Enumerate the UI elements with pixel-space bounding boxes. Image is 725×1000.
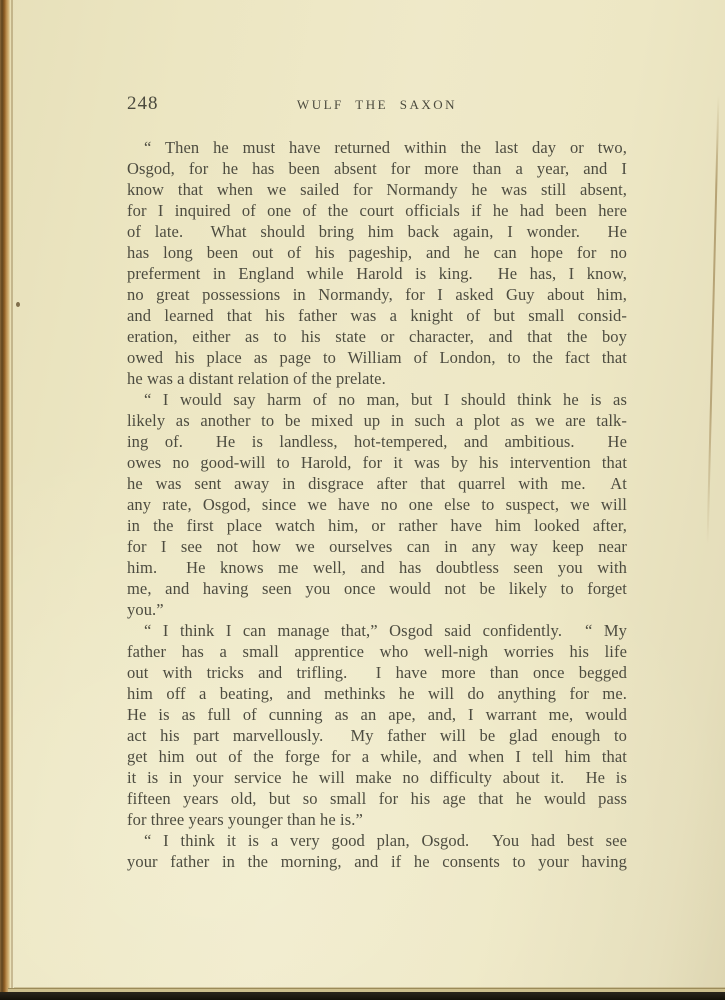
text-line: he was sent away in disgrace after that … <box>127 473 627 494</box>
running-head: 248 WULF THE SAXON <box>127 93 627 115</box>
text-line: owed his place as page to William of Lon… <box>127 347 627 368</box>
text-line: of late. What should bring him back agai… <box>127 221 627 242</box>
text-line: Osgod, for he has been absent for more t… <box>127 158 627 179</box>
text-line: you.” <box>127 599 627 620</box>
text-line: it is in your service he will make no di… <box>127 767 627 788</box>
text-line: out with tricks and trifling. I have mor… <box>127 662 627 683</box>
text-line: him off a beating, and methinks he will … <box>127 683 627 704</box>
text-line: owes no good-will to Harold, for it was … <box>127 452 627 473</box>
book-scan: 248 WULF THE SAXON “ Then he must have r… <box>0 0 725 1000</box>
text-line: “ I think it is a very good plan, Osgod.… <box>127 830 627 851</box>
text-line: no great possessions in Normandy, for I … <box>127 284 627 305</box>
text-line: for three years younger than he is.” <box>127 809 627 830</box>
gutter-shadow-line <box>11 0 13 992</box>
text-line: fifteen years old, but so small for his … <box>127 788 627 809</box>
text-line: any rate, Osgod, since we have no one el… <box>127 494 627 515</box>
text-line: likely as another to be mixed up in such… <box>127 410 627 431</box>
text-line: me, and having seen you once would not b… <box>127 578 627 599</box>
text-line: he was a distant relation of the prelate… <box>127 368 627 389</box>
text-line: know that when we sailed for Normandy he… <box>127 179 627 200</box>
text-line: and learned that his father was a knight… <box>127 305 627 326</box>
text-line: get him out of the forge for a while, an… <box>127 746 627 767</box>
text-line: act his part marvellously. My father wil… <box>127 725 627 746</box>
text-line: He is as full of cunning as an ape, and,… <box>127 704 627 725</box>
text-line: “ I think I can manage that,” Osgod said… <box>127 620 627 641</box>
text-line: your father in the morning, and if he co… <box>127 851 627 872</box>
paper-speck <box>16 302 20 307</box>
text-line: has long been out of his pageship, and h… <box>127 242 627 263</box>
text-line: “ I would say harm of no man, but I shou… <box>127 389 627 410</box>
text-line: “ Then he must have returned within the … <box>127 137 627 158</box>
binding-gutter <box>0 0 11 992</box>
text-line: preferment in England while Harold is ki… <box>127 263 627 284</box>
text-line: him. He knows me well, and has doubtless… <box>127 557 627 578</box>
text-line: for I see not how we ourselves can in an… <box>127 536 627 557</box>
running-title: WULF THE SAXON <box>127 97 627 113</box>
text-line: in the first place watch him, or rather … <box>127 515 627 536</box>
text-line: ing of. He is landless, hot-tempered, an… <box>127 431 627 452</box>
text-line: for I inquired of one of the court offic… <box>127 200 627 221</box>
text-line: father has a small apprentice who well-n… <box>127 641 627 662</box>
text-line: eration, either as to his state or chara… <box>127 326 627 347</box>
body-text: “ Then he must have returned within the … <box>127 137 627 872</box>
scan-bottom-shadow <box>0 992 725 1000</box>
